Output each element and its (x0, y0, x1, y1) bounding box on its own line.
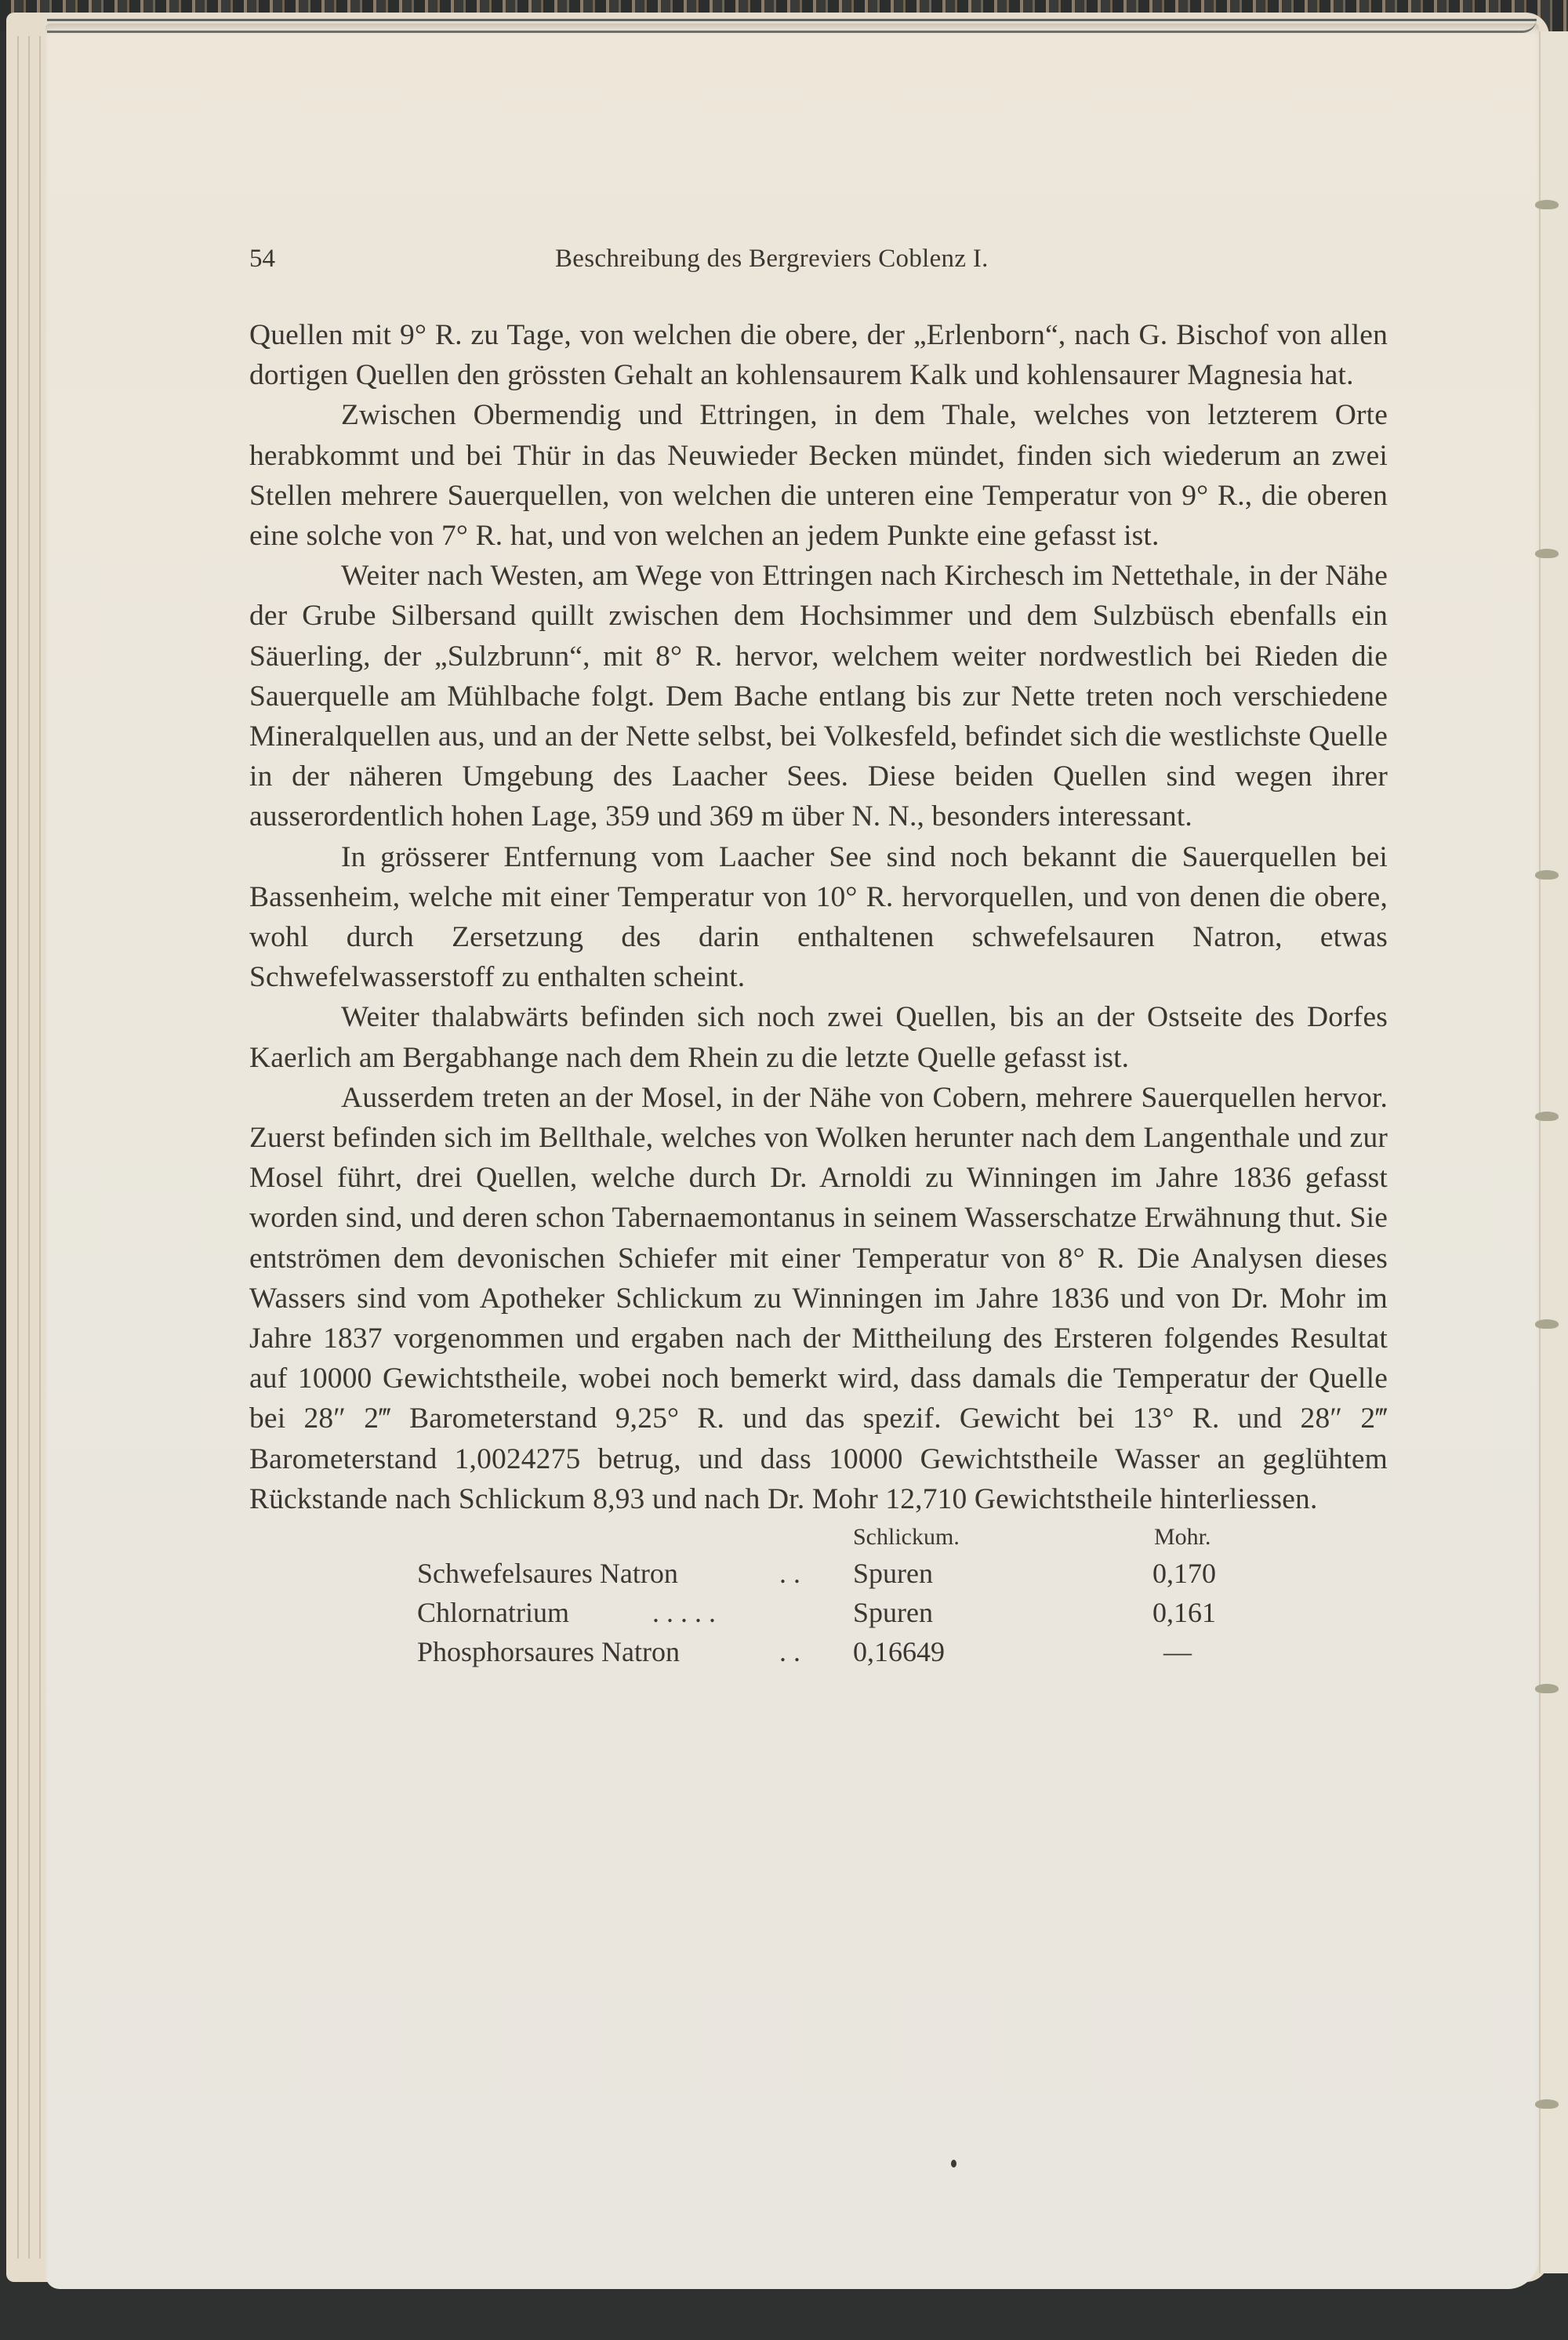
paper-tab-icon (1535, 200, 1559, 209)
page-edge-line (39, 36, 41, 2258)
running-title: Beschreibung des Bergreviers Coblenz I. (555, 245, 989, 274)
table-row: Schwefelsaures Natron . . Spuren 0,170 (417, 1557, 1279, 1596)
substance-name: Phosphorsaures Natron (417, 1635, 680, 1668)
dot-leader: . . (779, 1635, 800, 1668)
column-header-schlickum: Schlickum. (853, 1524, 960, 1551)
body-text: Quellen mit 9° R. zu Tage, von welchen d… (249, 315, 1388, 1519)
schlickum-value: 0,16649 (853, 1635, 945, 1668)
page-number: 54 (249, 245, 275, 274)
page-content: 54 Beschreibung des Bergreviers Coblenz … (249, 235, 1388, 1689)
paragraph: In grösserer Entfernung vom Laacher See … (249, 837, 1388, 998)
paragraph: Quellen mit 9° R. zu Tage, von welchen d… (249, 315, 1388, 395)
schlickum-value: Spuren (853, 1596, 933, 1629)
mohr-value: 0,170 (1152, 1557, 1216, 1590)
paper-tab-icon (1535, 1112, 1559, 1121)
schlickum-value: Spuren (853, 1557, 933, 1590)
paragraph: Weiter nach Westen, am Wege von Ettringe… (249, 556, 1388, 836)
table-row: Phosphorsaures Natron . . 0,16649 — (417, 1635, 1279, 1674)
paper-tab-icon (1535, 1684, 1559, 1693)
mohr-value: — (1163, 1635, 1192, 1668)
column-header-mohr: Mohr. (1154, 1524, 1211, 1551)
page-edge-line (28, 36, 30, 2258)
substance-name: Schwefelsaures Natron (417, 1557, 678, 1590)
paragraph: Ausserdem treten an der Mosel, in der Nä… (249, 1078, 1388, 1519)
paragraph: Weiter thalabwärts befinden sich noch zw… (249, 997, 1388, 1077)
paper-tab-icon (1535, 1319, 1559, 1329)
ink-speck (951, 2160, 956, 2168)
paper-tab-icon (1535, 2099, 1559, 2109)
page-edge-line (17, 36, 19, 2258)
page-top-edge (47, 19, 1537, 33)
paper-tab-icon (1535, 870, 1559, 880)
page-fold (1539, 31, 1568, 2273)
dot-leader: . . (779, 1557, 800, 1590)
paragraph: Zwischen Obermendig und Ettringen, in de… (249, 395, 1388, 556)
analysis-table: Schlickum. Mohr. Schwefelsaures Natron .… (249, 1524, 1388, 1689)
running-head: 54 Beschreibung des Bergreviers Coblenz … (249, 235, 1388, 282)
substance-name: Chlornatrium (417, 1596, 569, 1629)
table-row: Chlornatrium . . . . . Spuren 0,161 (417, 1596, 1279, 1635)
dot-leader: . . . . . (652, 1596, 716, 1629)
paper-tab-icon (1535, 549, 1559, 558)
mohr-value: 0,161 (1152, 1596, 1216, 1629)
